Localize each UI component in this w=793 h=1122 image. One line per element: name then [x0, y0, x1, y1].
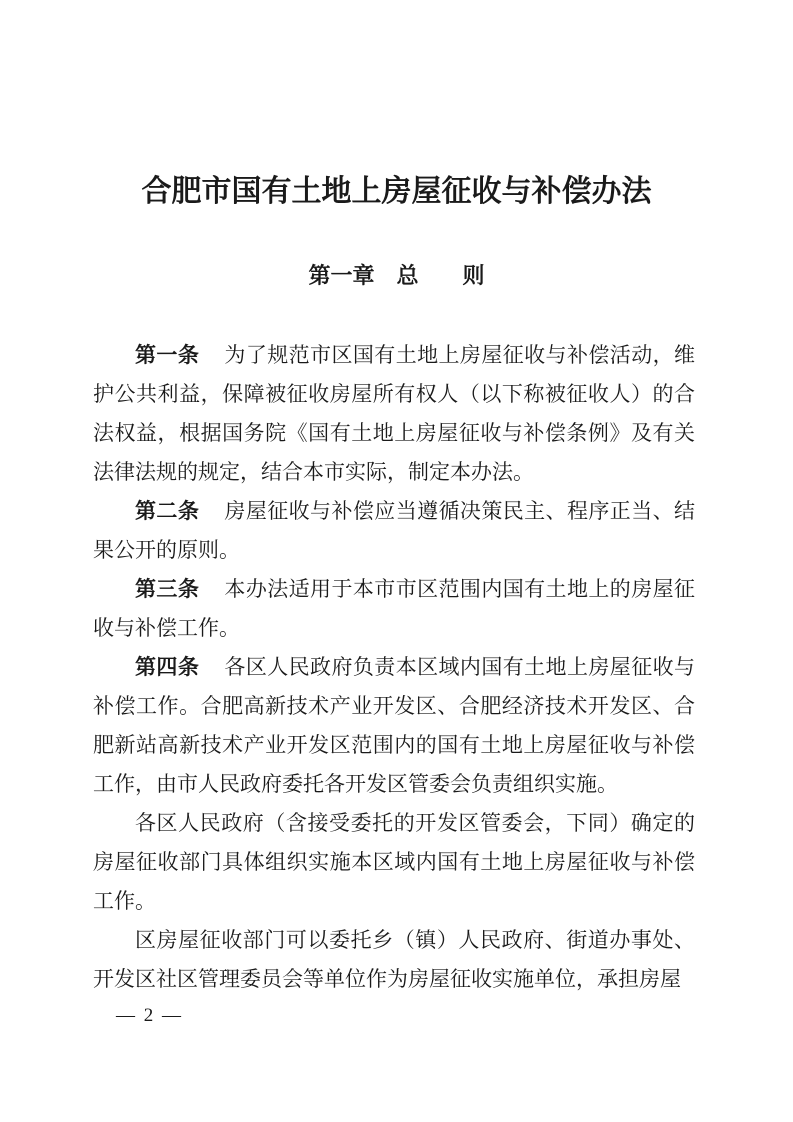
document-page: 合肥市国有土地上房屋征收与补偿办法 第一章 总 则 第一条为了规范市区国有土地上… — [0, 0, 793, 1122]
chapter-heading: 第一章 总 则 — [0, 262, 793, 290]
paragraph-article-1: 第一条为了规范市区国有土地上房屋征收与补偿活动，维护公共利益，保障被征收房屋所有… — [93, 336, 695, 492]
paragraph-article-3: 第三条本办法适用于本市市区范围内国有土地上的房屋征收与补偿工作。 — [93, 570, 695, 648]
document-title: 合肥市国有土地上房屋征收与补偿办法 — [0, 172, 793, 212]
article-label: 第一条 — [135, 344, 199, 367]
article-label: 第二条 — [135, 500, 199, 523]
document-body: 第一条为了规范市区国有土地上房屋征收与补偿活动，维护公共利益，保障被征收房屋所有… — [93, 336, 695, 999]
article-label: 第四条 — [135, 656, 199, 679]
paragraph-article-2: 第二条房屋征收与补偿应当遵循决策民主、程序正当、结果公开的原则。 — [93, 492, 695, 570]
article-label: 第三条 — [135, 578, 199, 601]
paragraph-plain-2: 区房屋征收部门可以委托乡（镇）人民政府、街道办事处、开发区社区管理委员会等单位作… — [93, 921, 695, 999]
paragraph-plain-1: 各区人民政府（含接受委托的开发区管委会，下同）确定的房屋征收部门具体组织实施本区… — [93, 804, 695, 921]
paragraph-text: 区房屋征收部门可以委托乡（镇）人民政府、街道办事处、开发区社区管理委员会等单位作… — [93, 928, 695, 991]
paragraph-text: 各区人民政府（含接受委托的开发区管委会，下同）确定的房屋征收部门具体组织实施本区… — [93, 811, 695, 913]
paragraph-article-4: 第四条各区人民政府负责本区域内国有土地上房屋征收与补偿工作。合肥高新技术产业开发… — [93, 648, 695, 804]
page-number: — 2 — — [116, 1003, 183, 1029]
